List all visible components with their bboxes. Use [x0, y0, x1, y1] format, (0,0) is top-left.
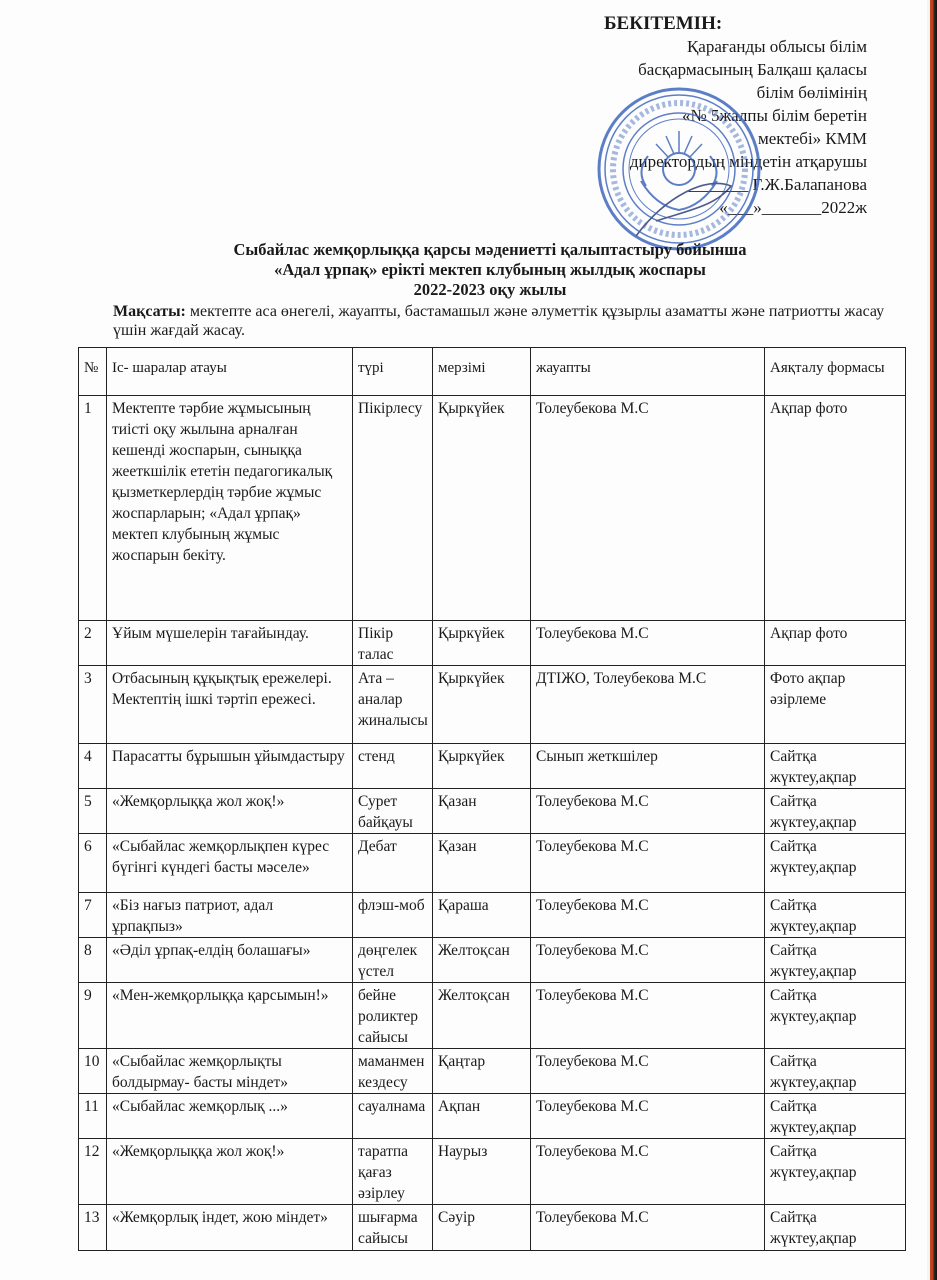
responsible-cell: Толеубекова М.С — [531, 1205, 765, 1251]
completion-form-cell: Сайтқа жүктеу,ақпар — [765, 1205, 906, 1251]
event-name-cell: Парасатты бұрышын ұйымдастыру — [107, 744, 353, 789]
event-type-cell: флэш-моб — [353, 893, 433, 938]
event-type-cell: Дебат — [353, 834, 433, 893]
event-name-cell: «Сыбайлас жемқорлықпен күрес бүгінгі күн… — [107, 834, 353, 893]
header-responsible: жауапты — [531, 348, 765, 396]
row-number-cell: 8 — [79, 938, 107, 983]
row-number-cell: 1 — [79, 396, 107, 621]
row-number-cell: 5 — [79, 789, 107, 834]
event-date-cell: Қыркүйек — [433, 621, 531, 666]
responsible-cell: Толеубекова М.С — [531, 834, 765, 893]
event-name-cell: Отбасының құқықтық ережелері. Мектептің … — [107, 666, 353, 744]
header-date: мерзімі — [433, 348, 531, 396]
event-name-cell: «Сыбайлас жемқорлықты болдырмау- басты м… — [107, 1049, 353, 1094]
table-row: 10«Сыбайлас жемқорлықты болдырмау- басты… — [79, 1049, 906, 1094]
row-number-cell: 7 — [79, 893, 107, 938]
completion-form-cell: Сайтқа жүктеу,ақпар — [765, 1094, 906, 1139]
approval-line: басқармасының Балқаш қаласы — [527, 58, 867, 81]
table-row: 13«Жемқорлық індет, жою міндет»шығарма с… — [79, 1205, 906, 1251]
title-line-2: «Адал ұрпақ» ерікті мектеп клубының жылд… — [100, 260, 880, 280]
table-row: 7«Біз нағыз патриот, адал ұрпақпыз»флэш-… — [79, 893, 906, 938]
completion-form-cell: Сайтқа жүктеу,ақпар — [765, 1049, 906, 1094]
goal-label: Мақсаты: — [113, 303, 186, 320]
header-name: Іс- шаралар атауы — [107, 348, 353, 396]
responsible-cell: ДТІЖО, Толеубекова М.С — [531, 666, 765, 744]
goal-paragraph: Мақсаты: мектепте аса өнегелі, жауапты, … — [113, 302, 903, 340]
completion-form-cell: Сайтқа жүктеу,ақпар — [765, 789, 906, 834]
photo-edge-strip — [927, 0, 937, 1280]
event-type-cell: маманмен кездесу — [353, 1049, 433, 1094]
row-number-cell: 9 — [79, 983, 107, 1049]
event-date-cell: Қыркүйек — [433, 666, 531, 744]
event-name-cell: «Біз нағыз патриот, адал ұрпақпыз» — [107, 893, 353, 938]
event-date-cell: Қаңтар — [433, 1049, 531, 1094]
event-type-cell: стенд — [353, 744, 433, 789]
event-type-cell: Пікірлесу — [353, 396, 433, 621]
row-number-cell: 10 — [79, 1049, 107, 1094]
table-row: 2Ұйым мүшелерін тағайындау.Пікір таласҚы… — [79, 621, 906, 666]
row-number-cell: 6 — [79, 834, 107, 893]
row-number-cell: 4 — [79, 744, 107, 789]
plan-table: № Іс- шаралар атауы түрі мерзімі жауапты… — [78, 347, 906, 1251]
event-date-cell: Қазан — [433, 789, 531, 834]
table-row: 5«Жемқорлыққа жол жоқ!»Сурет байқауыҚаза… — [79, 789, 906, 834]
responsible-cell: Толеубекова М.С — [531, 983, 765, 1049]
completion-form-cell: Сайтқа жүктеу,ақпар — [765, 938, 906, 983]
event-type-cell: сауалнама — [353, 1094, 433, 1139]
completion-form-cell: Сайтқа жүктеу,ақпар — [765, 834, 906, 893]
header-type: түрі — [353, 348, 433, 396]
event-name-cell: «Жемқорлық індет, жою міндет» — [107, 1205, 353, 1251]
event-type-cell: таратпа қағаз әзірлеу — [353, 1139, 433, 1205]
responsible-cell: Толеубекова М.С — [531, 621, 765, 666]
title-line-3: 2022-2023 оқу жылы — [100, 280, 880, 300]
header-num: № — [79, 348, 107, 396]
event-date-cell: Желтоқсан — [433, 938, 531, 983]
responsible-cell: Толеубекова М.С — [531, 1049, 765, 1094]
responsible-cell: Толеубекова М.С — [531, 938, 765, 983]
goal-text: мектепте аса өнегелі, жауапты, бастамашы… — [113, 303, 884, 339]
responsible-cell: Толеубекова М.С — [531, 789, 765, 834]
event-date-cell: Қыркүйек — [433, 744, 531, 789]
event-name-cell: «Жемқорлыққа жол жоқ!» — [107, 1139, 353, 1205]
event-date-cell: Сәуір — [433, 1205, 531, 1251]
event-name-cell: Мектепте тәрбие жұмысының тиісті оқу жыл… — [107, 396, 353, 621]
table-row: 6«Сыбайлас жемқорлықпен күрес бүгінгі кү… — [79, 834, 906, 893]
table-header-row: № Іс- шаралар атауы түрі мерзімі жауапты… — [79, 348, 906, 396]
responsible-cell: Толеубекова М.С — [531, 396, 765, 621]
event-date-cell: Наурыз — [433, 1139, 531, 1205]
event-type-cell: Ата – аналар жиналысы — [353, 666, 433, 744]
completion-form-cell: Сайтқа жүктеу,ақпар — [765, 1139, 906, 1205]
event-type-cell: бейне роликтер сайысы — [353, 983, 433, 1049]
approval-heading: БЕКІТЕМІН: — [527, 12, 867, 35]
official-stamp-icon — [596, 86, 762, 252]
row-number-cell: 11 — [79, 1094, 107, 1139]
document-title: Сыбайлас жемқорлыққа қарсы мәдениетті қа… — [100, 240, 880, 300]
completion-form-cell: Ақпар фото — [765, 621, 906, 666]
table-row: 12«Жемқорлыққа жол жоқ!»таратпа қағаз әз… — [79, 1139, 906, 1205]
event-type-cell: Сурет байқауы — [353, 789, 433, 834]
event-name-cell: Ұйым мүшелерін тағайындау. — [107, 621, 353, 666]
event-name-cell: «Мен-жемқорлыққа қарсымын!» — [107, 983, 353, 1049]
title-line-1: Сыбайлас жемқорлыққа қарсы мәдениетті қа… — [100, 240, 880, 260]
table-row: 9«Мен-жемқорлыққа қарсымын!»бейне роликт… — [79, 983, 906, 1049]
responsible-cell: Толеубекова М.С — [531, 893, 765, 938]
event-date-cell: Желтоқсан — [433, 983, 531, 1049]
table-row: 4Парасатты бұрышын ұйымдастыру стендҚырк… — [79, 744, 906, 789]
responsible-cell: Толеубекова М.С — [531, 1094, 765, 1139]
event-name-cell: «Жемқорлыққа жол жоқ!» — [107, 789, 353, 834]
responsible-cell: Сынып жеткшілер — [531, 744, 765, 789]
event-type-cell: шығарма сайысы — [353, 1205, 433, 1251]
completion-form-cell: Фото ақпар әзірлеме — [765, 666, 906, 744]
event-date-cell: Қыркүйек — [433, 396, 531, 621]
row-number-cell: 3 — [79, 666, 107, 744]
responsible-cell: Толеубекова М.С — [531, 1139, 765, 1205]
completion-form-cell: Сайтқа жүктеу,ақпар — [765, 744, 906, 789]
event-date-cell: Қараша — [433, 893, 531, 938]
header-form: Аяқталу формасы — [765, 348, 906, 396]
event-date-cell: Ақпан — [433, 1094, 531, 1139]
approval-line: Қарағанды облысы білім — [527, 35, 867, 58]
row-number-cell: 13 — [79, 1205, 107, 1251]
event-type-cell: Пікір талас — [353, 621, 433, 666]
event-name-cell: «Әділ ұрпақ-елдің болашағы» — [107, 938, 353, 983]
event-type-cell: дөңгелек үстел — [353, 938, 433, 983]
table-row: 1Мектепте тәрбие жұмысының тиісті оқу жы… — [79, 396, 906, 621]
row-number-cell: 2 — [79, 621, 107, 666]
event-name-cell: «Сыбайлас жемқорлық ...» — [107, 1094, 353, 1139]
row-number-cell: 12 — [79, 1139, 107, 1205]
table-row: 11«Сыбайлас жемқорлық ...»сауалнамаАқпан… — [79, 1094, 906, 1139]
table-row: 3Отбасының құқықтық ережелері. Мектептің… — [79, 666, 906, 744]
table-row: 8«Әділ ұрпақ-елдің болашағы»дөңгелек үст… — [79, 938, 906, 983]
table-body: 1Мектепте тәрбие жұмысының тиісті оқу жы… — [79, 396, 906, 1251]
event-date-cell: Қазан — [433, 834, 531, 893]
completion-form-cell: Ақпар фото — [765, 396, 906, 621]
completion-form-cell: Сайтқа жүктеу,ақпар — [765, 983, 906, 1049]
completion-form-cell: Сайтқа жүктеу,ақпар — [765, 893, 906, 938]
